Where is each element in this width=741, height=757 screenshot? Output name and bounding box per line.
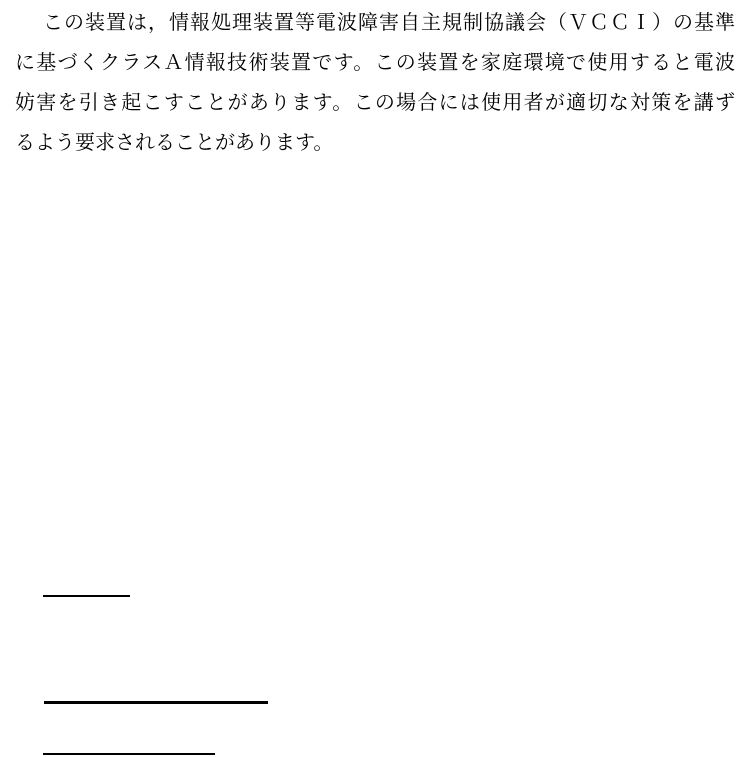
document-page: この装置は，情報処理装置等電波障害自主規制協議会（ＶＣＣＩ）の基準 に基づくクラ…: [0, 0, 741, 757]
horizontal-rule-long: [44, 701, 268, 704]
notice-line-4: るよう要求されることがあります。: [15, 123, 735, 163]
notice-line-3: 妨害を引き起こすことがあります。この場合には使用者が適切な対策を講ず: [15, 83, 735, 123]
notice-line-2: に基づくクラスＡ情報技術装置です。この装置を家庭環境で使用すると電波: [15, 43, 735, 83]
horizontal-rule-medium: [43, 753, 215, 755]
vcci-class-a-notice: この装置は，情報処理装置等電波障害自主規制協議会（ＶＣＣＩ）の基準 に基づくクラ…: [15, 3, 735, 163]
horizontal-rule-short: [43, 595, 130, 597]
notice-line-1: この装置は，情報処理装置等電波障害自主規制協議会（ＶＣＣＩ）の基準: [15, 3, 735, 43]
